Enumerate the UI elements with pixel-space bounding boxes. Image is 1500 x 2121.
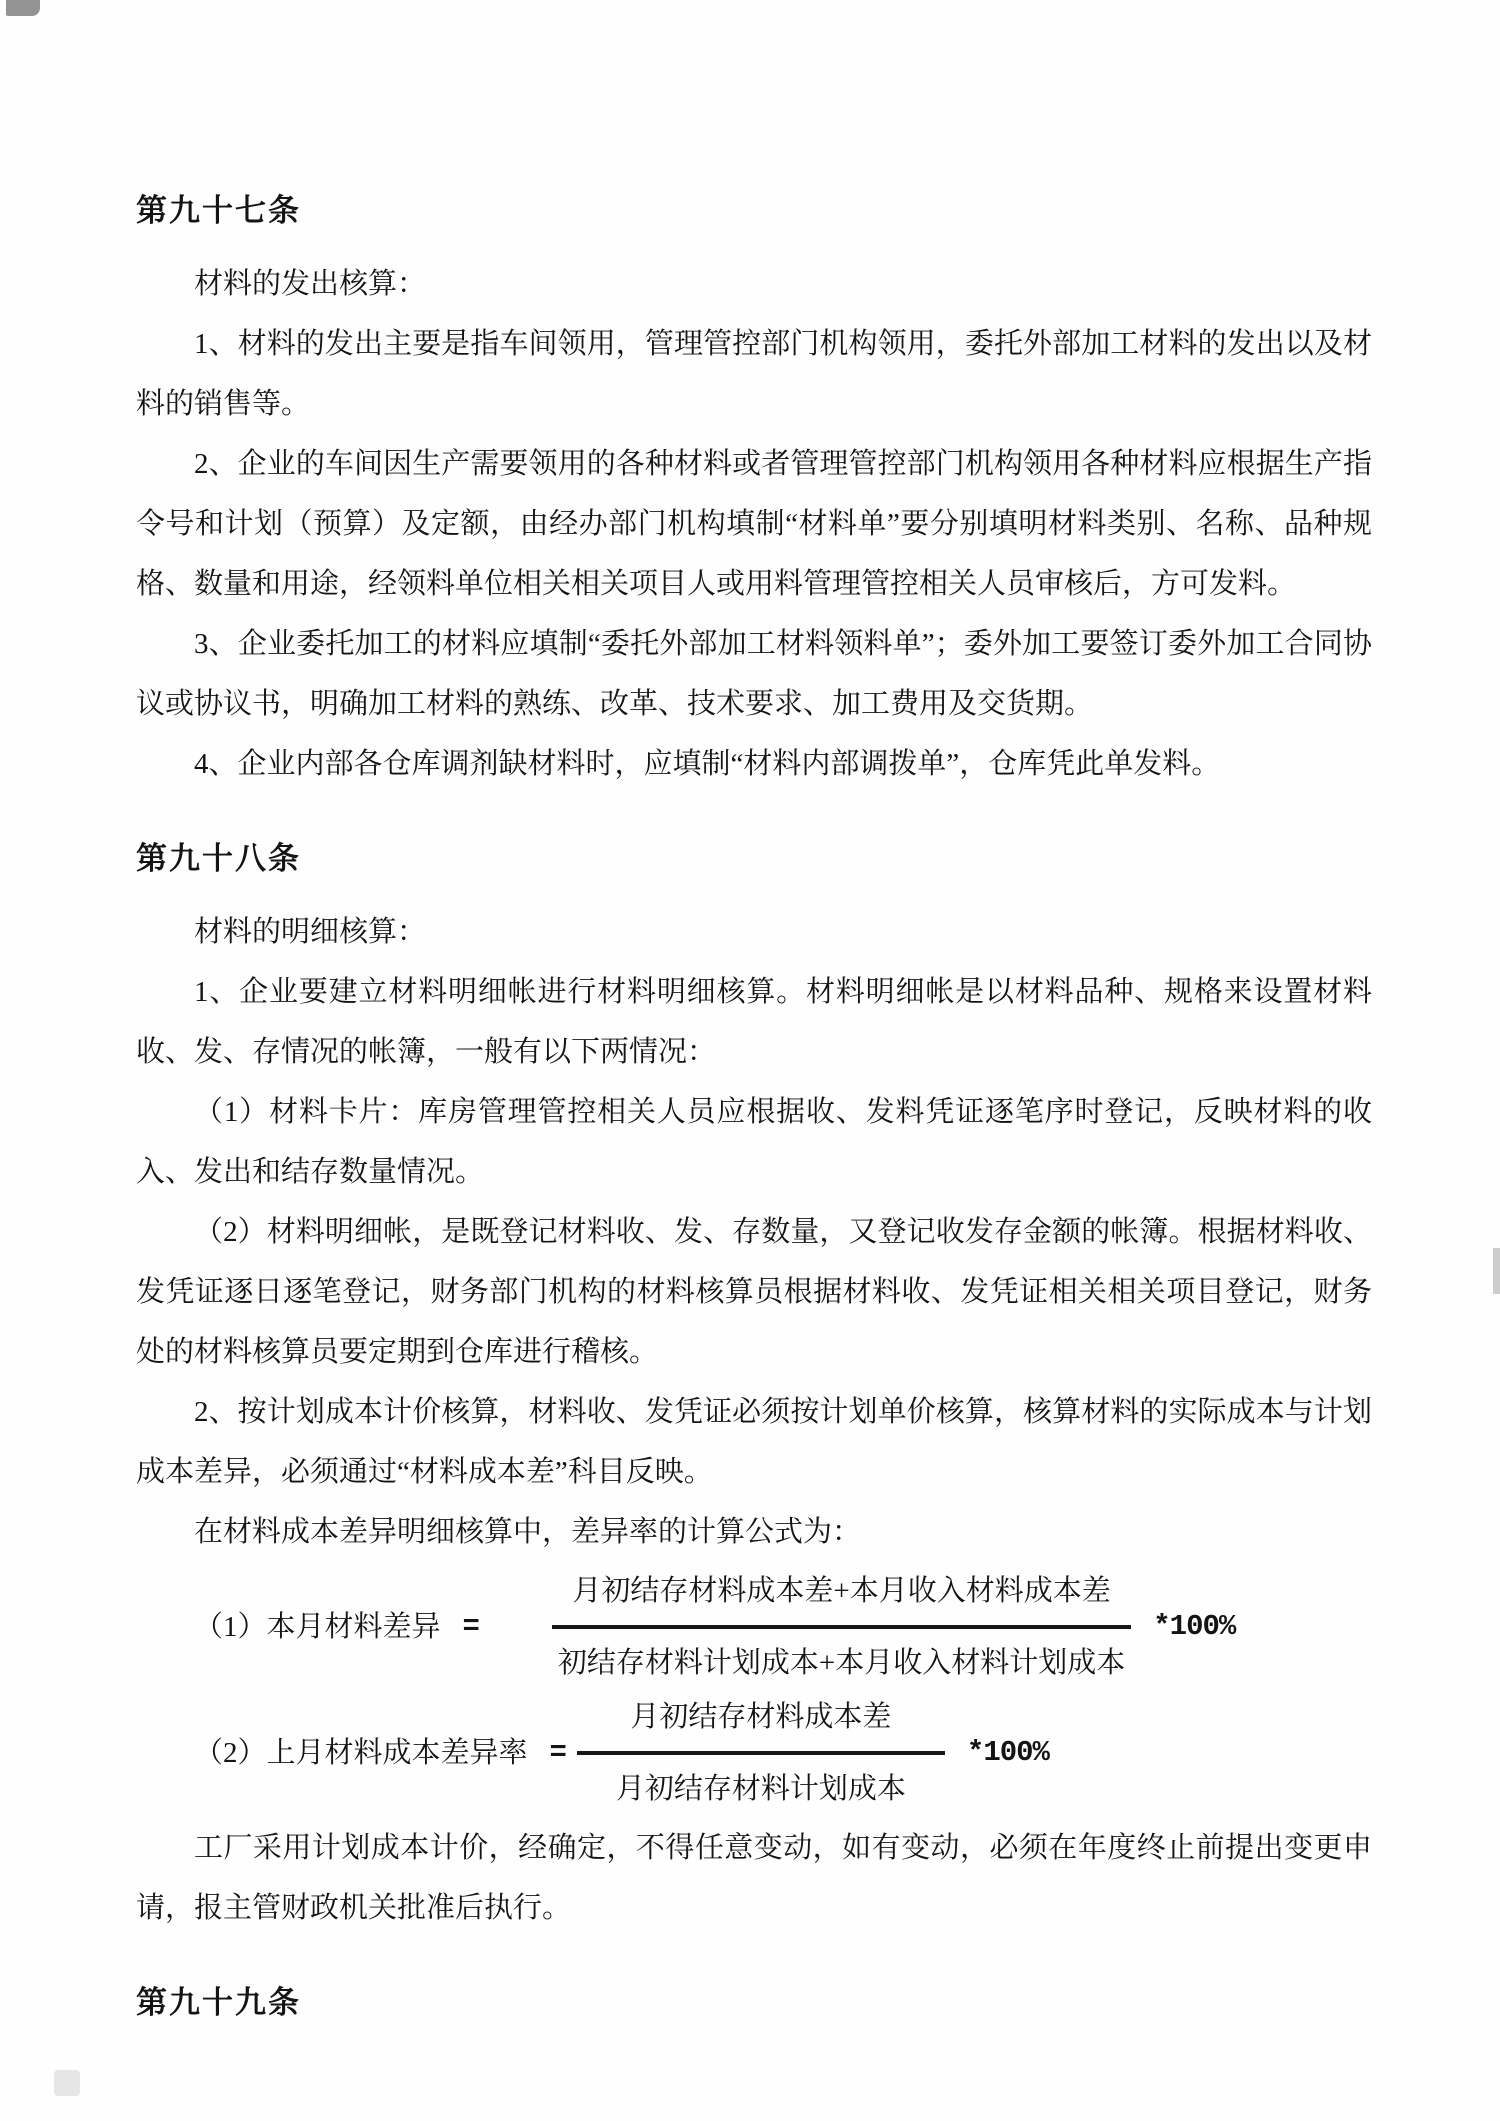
article-97-item-4: 4、企业内部各仓库调剂缺材料时，应填制“材料内部调拨单”，仓库凭此单发料。 xyxy=(136,734,1372,794)
article-98-sub-2: （2）材料明细帐，是既登记材料收、发、存数量，又登记收发存金额的帐簿。根据材料收… xyxy=(136,1202,1372,1382)
formula-2-numerator: 月初结存材料成本差 xyxy=(624,1692,897,1742)
formula-1-numerator: 月初结存材料成本差+本月收入材料成本差 xyxy=(566,1566,1116,1616)
article-99: 第九十九条 xyxy=(136,1984,1372,2022)
article-97-item-1: 1、材料的发出主要是指车间领用，管理管控部门机构领用，委托外部加工材料的发出以及… xyxy=(136,314,1372,434)
formula-2-label: （2）上月材料成本差异率 xyxy=(194,1728,528,1778)
formula-1-label: （1）本月材料差异 xyxy=(194,1602,441,1652)
article-97-item-3: 3、企业委托加工的材料应填制“委托外部加工材料领料单”；委外加工要签订委外加工合… xyxy=(136,614,1372,734)
article-97-item-2: 2、企业的车间因生产需要领用的各种材料或者管理管控部门机构领用各种材料应根据生产… xyxy=(136,434,1372,614)
formula-2-fraction: 月初结存材料成本差 月初结存材料计划成本 xyxy=(577,1692,945,1814)
article-97-heading: 第九十七条 xyxy=(136,192,1372,230)
formula-1-equals: = xyxy=(463,1602,480,1652)
formula-1-fraction: 月初结存材料成本差+本月收入材料成本差 初结存材料计划成本+本月收入材料计划成本 xyxy=(552,1566,1131,1688)
article-98-para-1: 1、企业要建立材料明细帐进行材料明细核算。材料明细帐是以材料品种、规格来设置材料… xyxy=(136,962,1372,1082)
scan-artifact xyxy=(6,0,40,16)
formula-intro: 在材料成本差异明细核算中，差异率的计算公式为： xyxy=(136,1502,1372,1562)
article-98-para-2: 2、按计划成本计价核算，材料收、发凭证必须按计划单价核算，核算材料的实际成本与计… xyxy=(136,1382,1372,1502)
formula-2-multiplier: *100% xyxy=(967,1728,1049,1778)
article-98-sub-1: （1）材料卡片：库房管理管控相关人员应根据收、发料凭证逐笔序时登记，反映材料的收… xyxy=(136,1082,1372,1202)
formula-1-multiplier: *100% xyxy=(1153,1602,1235,1652)
article-98-closing: 工厂采用计划成本计价，经确定，不得任意变动，如有变动，必须在年度终止前提出变更申… xyxy=(136,1818,1372,1938)
scan-artifact xyxy=(1493,1248,1500,1294)
scan-artifact xyxy=(54,2070,80,2096)
fraction-line xyxy=(552,1625,1131,1629)
formula-1-denominator: 初结存材料计划成本+本月收入材料计划成本 xyxy=(552,1638,1131,1688)
article-98: 第九十八条 材料的明细核算： 1、企业要建立材料明细帐进行材料明细核算。材料明细… xyxy=(136,840,1372,1938)
formula-2-equals: = xyxy=(550,1728,567,1778)
article-97-intro: 材料的发出核算： xyxy=(136,254,1372,314)
formula-2-denominator: 月初结存材料计划成本 xyxy=(610,1764,912,1814)
article-98-heading: 第九十八条 xyxy=(136,840,1372,878)
fraction-line xyxy=(577,1751,945,1755)
article-99-heading: 第九十九条 xyxy=(136,1984,1372,2022)
document-page: 第九十七条 材料的发出核算： 1、材料的发出主要是指车间领用，管理管控部门机构领… xyxy=(0,0,1500,2121)
formula-2: （2）上月材料成本差异率 = 月初结存材料成本差 月初结存材料计划成本 *100… xyxy=(136,1692,1372,1814)
formula-1: （1）本月材料差异 = 月初结存材料成本差+本月收入材料成本差 初结存材料计划成… xyxy=(136,1566,1372,1688)
article-98-intro: 材料的明细核算： xyxy=(136,902,1372,962)
article-97: 第九十七条 材料的发出核算： 1、材料的发出主要是指车间领用，管理管控部门机构领… xyxy=(136,192,1372,794)
